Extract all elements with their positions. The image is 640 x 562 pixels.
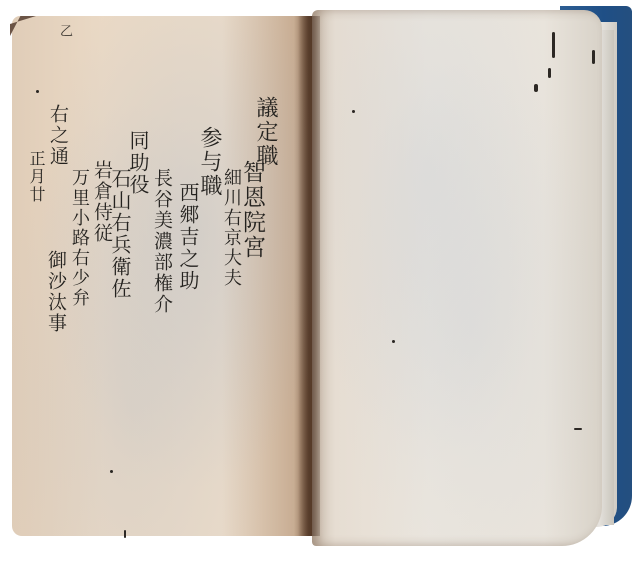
ink-dot xyxy=(36,90,39,93)
entry-name: 西郷吉之助 xyxy=(178,182,198,292)
ink-dot xyxy=(392,340,395,343)
ink-mark xyxy=(548,68,551,78)
closing-note: 右之通 xyxy=(48,104,67,167)
ink-mark xyxy=(124,530,126,538)
heading-gijo: 議定職 xyxy=(254,96,276,168)
entry-name: 万里小路右少弁 xyxy=(70,168,88,308)
entry-name: 細川右京大夫 xyxy=(222,168,240,288)
ink-mark xyxy=(534,84,538,92)
right-page xyxy=(312,10,602,546)
ink-mark xyxy=(552,32,555,58)
entry-name: 石山右兵衛佐 xyxy=(110,168,130,300)
ink-mark xyxy=(592,50,595,64)
page-stack-edge-inner xyxy=(600,30,614,525)
date-text: 正月廿 xyxy=(28,150,44,204)
ink-dot xyxy=(110,470,113,473)
book-gutter xyxy=(298,16,320,536)
closing-phrase: 御沙汰事 xyxy=(46,250,65,334)
manuscript-photo: 議定職 智恩院宮 細川右京大夫 参与職 西郷吉之助 長谷美濃部権介 同助役 石山… xyxy=(0,0,640,562)
ink-dot xyxy=(352,110,355,113)
ink-dot xyxy=(262,106,265,109)
ink-mark xyxy=(574,428,582,430)
entry-name: 長谷美濃部権介 xyxy=(152,168,171,315)
entry-name: 岩倉侍従 xyxy=(92,160,111,244)
heading-sanyo: 参与職 xyxy=(198,126,220,198)
margin-mark: 乙 xyxy=(58,24,71,39)
entry-name: 智恩院宮 xyxy=(240,160,263,260)
